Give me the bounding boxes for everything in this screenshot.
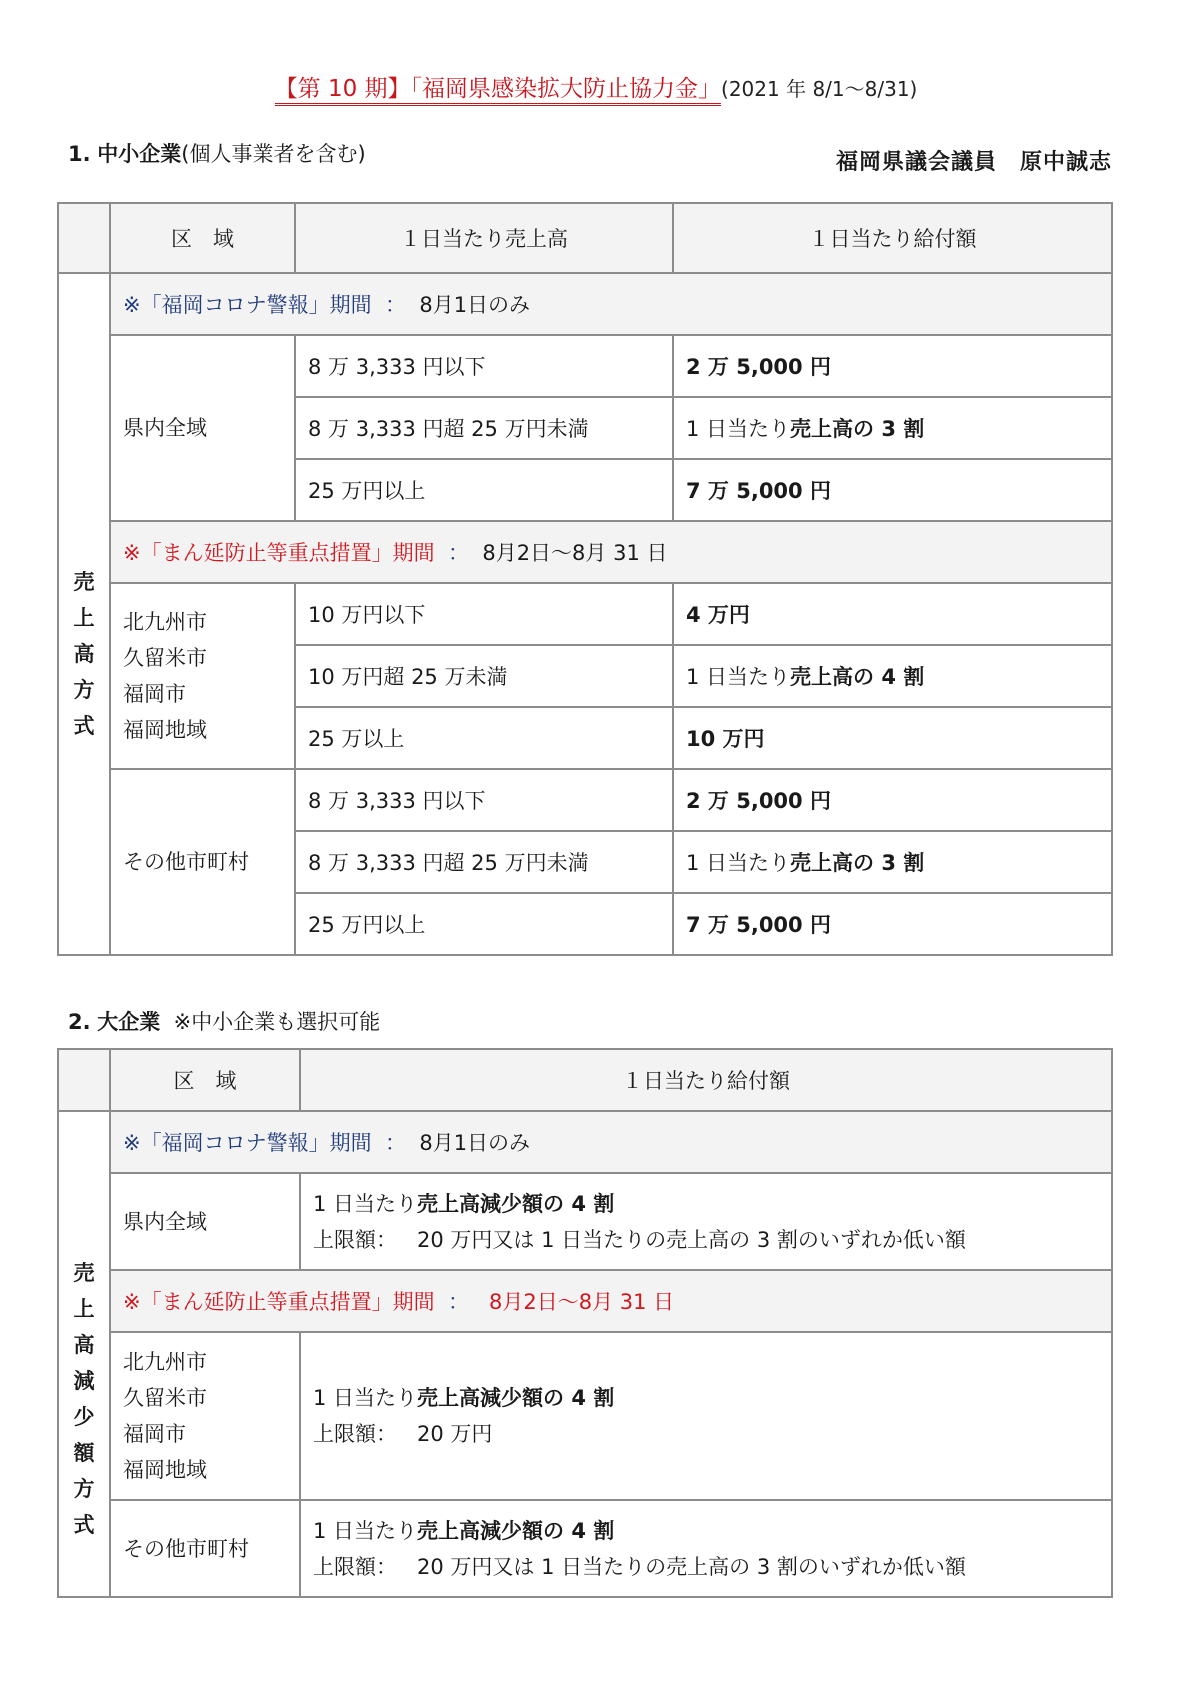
band-corona-alert: 売 上 高 方 式 ※「福岡コロナ警報」期間 ： 8月1日のみ [58, 273, 1112, 335]
sme-table: 区 域 １日当たり売上高 １日当たり給付額 売 上 高 方 式 ※「福岡コロナ警… [57, 202, 1113, 956]
header-blank [58, 203, 110, 273]
table-row: その他市町村 1 日当たり売上高減少額の 4 割 上限額： 20 万円又は 1 … [58, 1500, 1112, 1597]
section1-heading: 1. 中小企業(個人事業者を含む) [68, 140, 366, 168]
header-daily-sales: １日当たり売上高 [295, 203, 673, 273]
table-row: 北九州市 久留米市 福岡市 福岡地域 1 日当たり売上高減少額の 4 割 上限額… [58, 1332, 1112, 1500]
band-corona-alert: 売 上 高 減 少 額 方 式 ※「福岡コロナ警報」期間 ： 8月1日のみ [58, 1111, 1112, 1173]
table-row: 県内全域 1 日当たり売上高減少額の 4 割 上限額： 20 万円又は 1 日当… [58, 1173, 1112, 1270]
area-cell: 県内全域 [110, 335, 295, 521]
area-cell: 北九州市 久留米市 福岡市 福岡地域 [110, 1332, 300, 1500]
area-cell: 北九州市 久留米市 福岡市 福岡地域 [110, 583, 295, 769]
side-label-sales-method: 売 上 高 方 式 [58, 273, 110, 955]
area-cell: その他市町村 [110, 769, 295, 955]
table-row: 北九州市 久留米市 福岡市 福岡地域 10 万円以下 4 万円 [58, 583, 1112, 645]
table-header-row: 区 域 １日当たり売上高 １日当たり給付額 [58, 203, 1112, 273]
title-main: 【第 10 期】「福岡県感染拡大防止協力金」 [275, 76, 721, 106]
area-cell: 県内全域 [110, 1173, 300, 1270]
side-label-sales-decrease-method: 売 上 高 減 少 額 方 式 [58, 1111, 110, 1597]
large-enterprise-table: 区 域 １日当たり給付額 売 上 高 減 少 額 方 式 ※「福岡コロナ警報」期… [57, 1048, 1113, 1598]
header-daily-payment: １日当たり給付額 [300, 1049, 1112, 1111]
area-cell: その他市町村 [110, 1500, 300, 1597]
section2-heading: 2. 大企業 ※中小企業も選択可能 [68, 1008, 380, 1036]
header-area: 区 域 [110, 203, 295, 273]
table-row: 県内全域 8 万 3,333 円以下 2 万 5,000 円 [58, 335, 1112, 397]
table-row: その他市町村 8 万 3,333 円以下 2 万 5,000 円 [58, 769, 1112, 831]
band-priority-measures: ※「まん延防止等重点措置」期間 ： 8月2日〜8月 31 日 [58, 521, 1112, 583]
table-header-row: 区 域 １日当たり給付額 [58, 1049, 1112, 1111]
document-title: 【第 10 期】「福岡県感染拡大防止協力金」(2021 年 8/1〜8/31) [0, 74, 1192, 104]
title-period: (2021 年 8/1〜8/31) [721, 77, 917, 101]
header-blank [58, 1049, 110, 1111]
band-priority-measures: ※「まん延防止等重点措置」期間 ： 8月2日〜8月 31 日 [58, 1270, 1112, 1332]
author: 福岡県議会議員 原中誠志 [836, 148, 1112, 178]
header-area: 区 域 [110, 1049, 300, 1111]
header-daily-payment: １日当たり給付額 [673, 203, 1112, 273]
